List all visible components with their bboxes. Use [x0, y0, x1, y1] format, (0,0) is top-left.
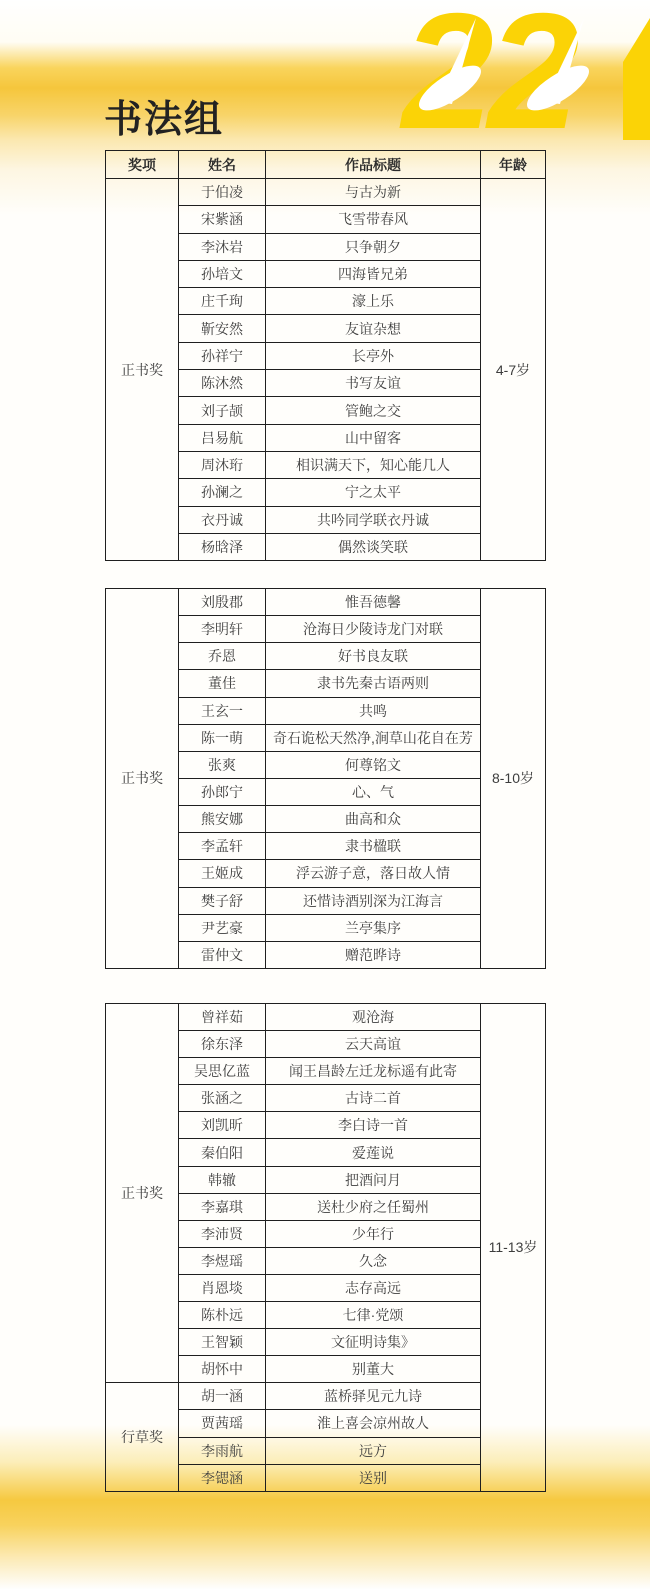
column-header: 奖项 [106, 151, 179, 179]
name-cell: 刘凯昕 [179, 1112, 266, 1139]
name-cell: 张爽 [179, 751, 266, 778]
name-cell: 李沛贤 [179, 1220, 266, 1247]
work-title-cell: 少年行 [266, 1220, 481, 1247]
name-cell: 孙祥宁 [179, 342, 266, 369]
work-title-cell: 惟吾德馨 [266, 589, 481, 616]
name-cell: 李锶涵 [179, 1464, 266, 1491]
work-title-cell: 心、气 [266, 778, 481, 805]
name-cell: 陈沐然 [179, 370, 266, 397]
awards-table-2: 正书奖刘殷郡惟吾德馨8-10岁李明轩沧海日少陵诗龙门对联乔恩好书良友联董佳隶书先… [105, 588, 546, 969]
name-cell: 李沐岩 [179, 233, 266, 260]
work-title-cell: 奇石诡松天然净,涧草山花自在芳 [266, 724, 481, 751]
name-cell: 孙澜之 [179, 479, 266, 506]
work-title-cell: 送杜少府之任蜀州 [266, 1193, 481, 1220]
awards-table-1: 奖项姓名作品标题年龄正书奖于伯凌与古为新4-7岁宋紫涵飞雪带春风李沐岩只争朝夕孙… [105, 150, 546, 561]
name-cell: 杨晗泽 [179, 533, 266, 560]
work-title-cell: 闻王昌龄左迁龙标遥有此寄 [266, 1058, 481, 1085]
page-title: 书法组 [104, 88, 224, 143]
work-title-cell: 隶书楹联 [266, 833, 481, 860]
name-cell: 刘子颉 [179, 397, 266, 424]
work-title-cell: 把酒问月 [266, 1166, 481, 1193]
work-title-cell: 云天高谊 [266, 1031, 481, 1058]
name-cell: 熊安娜 [179, 806, 266, 833]
work-title-cell: 观沧海 [266, 1004, 481, 1031]
work-title-cell: 送别 [266, 1464, 481, 1491]
name-cell: 吕易航 [179, 424, 266, 451]
work-title-cell: 别董大 [266, 1356, 481, 1383]
work-title-cell: 宁之太平 [266, 479, 481, 506]
work-title-cell: 相识满天下，知心能几人 [266, 451, 481, 478]
work-title-cell: 李白诗一首 [266, 1112, 481, 1139]
award-cell: 行草奖 [106, 1383, 179, 1491]
number-22-graphic: 22 [388, 2, 650, 142]
name-cell: 刘殷郡 [179, 589, 266, 616]
name-cell: 陈朴远 [179, 1302, 266, 1329]
name-cell: 李煜瑶 [179, 1247, 266, 1274]
name-cell: 吴思亿蓝 [179, 1058, 266, 1085]
award-cell: 正书奖 [106, 589, 179, 969]
work-title-cell: 濠上乐 [266, 288, 481, 315]
work-title-cell: 偶然谈笑联 [266, 533, 481, 560]
name-cell: 李明轩 [179, 616, 266, 643]
name-cell: 秦伯阳 [179, 1139, 266, 1166]
badge-number-text: 22 [399, 2, 579, 142]
name-cell: 周沐珩 [179, 451, 266, 478]
work-title-cell: 七律·党颂 [266, 1302, 481, 1329]
table-row: 正书奖刘殷郡惟吾德馨8-10岁 [106, 589, 546, 616]
table-row: 正书奖曾祥茹观沧海11-13岁 [106, 1004, 546, 1031]
name-cell: 庄千珣 [179, 288, 266, 315]
work-title-cell: 共吟同学联衣丹诚 [266, 506, 481, 533]
work-title-cell: 赠范晔诗 [266, 941, 481, 968]
name-cell: 肖恩埮 [179, 1274, 266, 1301]
work-title-cell: 共鸣 [266, 697, 481, 724]
column-header: 作品标题 [266, 151, 481, 179]
name-cell: 曾祥茹 [179, 1004, 266, 1031]
award-cell: 正书奖 [106, 1004, 179, 1383]
age-cell: 4-7岁 [481, 179, 546, 561]
age-cell: 11-13岁 [481, 1004, 546, 1492]
work-title-cell: 隶书先秦古语两则 [266, 670, 481, 697]
work-title-cell: 还惜诗酒别深为江海言 [266, 887, 481, 914]
work-title-cell: 书写友谊 [266, 370, 481, 397]
name-cell: 尹艺豪 [179, 914, 266, 941]
name-cell: 李嘉琪 [179, 1193, 266, 1220]
work-title-cell: 古诗二首 [266, 1085, 481, 1112]
name-cell: 乔恩 [179, 643, 266, 670]
name-cell: 靳安然 [179, 315, 266, 342]
work-title-cell: 长亭外 [266, 342, 481, 369]
work-title-cell: 文征明诗集》 [266, 1329, 481, 1356]
name-cell: 王玄一 [179, 697, 266, 724]
work-title-cell: 久念 [266, 1247, 481, 1274]
work-title-cell: 志存高远 [266, 1274, 481, 1301]
header-row: 奖项姓名作品标题年龄 [106, 151, 546, 179]
name-cell: 张涵之 [179, 1085, 266, 1112]
name-cell: 贾茜瑶 [179, 1410, 266, 1437]
age-cell: 8-10岁 [481, 589, 546, 969]
column-header: 年龄 [481, 151, 546, 179]
name-cell: 胡一涵 [179, 1383, 266, 1410]
work-title-cell: 只争朝夕 [266, 233, 481, 260]
name-cell: 于伯凌 [179, 179, 266, 206]
work-title-cell: 远方 [266, 1437, 481, 1464]
work-title-cell: 淮上喜会凉州故人 [266, 1410, 481, 1437]
work-title-cell: 四海皆兄弟 [266, 260, 481, 287]
name-cell: 雷仲文 [179, 941, 266, 968]
work-title-cell: 飞雪带春风 [266, 206, 481, 233]
work-title-cell: 爱莲说 [266, 1139, 481, 1166]
work-title-cell: 蓝桥驿见元九诗 [266, 1383, 481, 1410]
badge-clipped-stroke [623, 14, 650, 140]
name-cell: 董佳 [179, 670, 266, 697]
table-row: 行草奖胡一涵蓝桥驿见元九诗 [106, 1383, 546, 1410]
awards-table-3: 正书奖曾祥茹观沧海11-13岁徐东泽云天高谊吴思亿蓝闻王昌龄左迁龙标遥有此寄张涵… [105, 1003, 546, 1492]
table-row: 正书奖于伯凌与古为新4-7岁 [106, 179, 546, 206]
page: { "page": { "title": "书法组", "badge_numbe… [0, 0, 650, 1589]
name-cell: 宋紫涵 [179, 206, 266, 233]
name-cell: 樊子舒 [179, 887, 266, 914]
work-title-cell: 沧海日少陵诗龙门对联 [266, 616, 481, 643]
work-title-cell: 曲高和众 [266, 806, 481, 833]
name-cell: 韩辙 [179, 1166, 266, 1193]
work-title-cell: 友谊杂想 [266, 315, 481, 342]
name-cell: 胡怀中 [179, 1356, 266, 1383]
name-cell: 孙郎宁 [179, 778, 266, 805]
name-cell: 孙培文 [179, 260, 266, 287]
name-cell: 李雨航 [179, 1437, 266, 1464]
name-cell: 衣丹诚 [179, 506, 266, 533]
name-cell: 王姬成 [179, 860, 266, 887]
name-cell: 王智颖 [179, 1329, 266, 1356]
work-title-cell: 浮云游子意，落日故人情 [266, 860, 481, 887]
award-cell: 正书奖 [106, 179, 179, 561]
work-title-cell: 管鲍之交 [266, 397, 481, 424]
column-header: 姓名 [179, 151, 266, 179]
work-title-cell: 与古为新 [266, 179, 481, 206]
name-cell: 徐东泽 [179, 1031, 266, 1058]
work-title-cell: 兰亭集序 [266, 914, 481, 941]
name-cell: 李孟轩 [179, 833, 266, 860]
work-title-cell: 好书良友联 [266, 643, 481, 670]
work-title-cell: 山中留客 [266, 424, 481, 451]
name-cell: 陈一萌 [179, 724, 266, 751]
work-title-cell: 何尊铭文 [266, 751, 481, 778]
